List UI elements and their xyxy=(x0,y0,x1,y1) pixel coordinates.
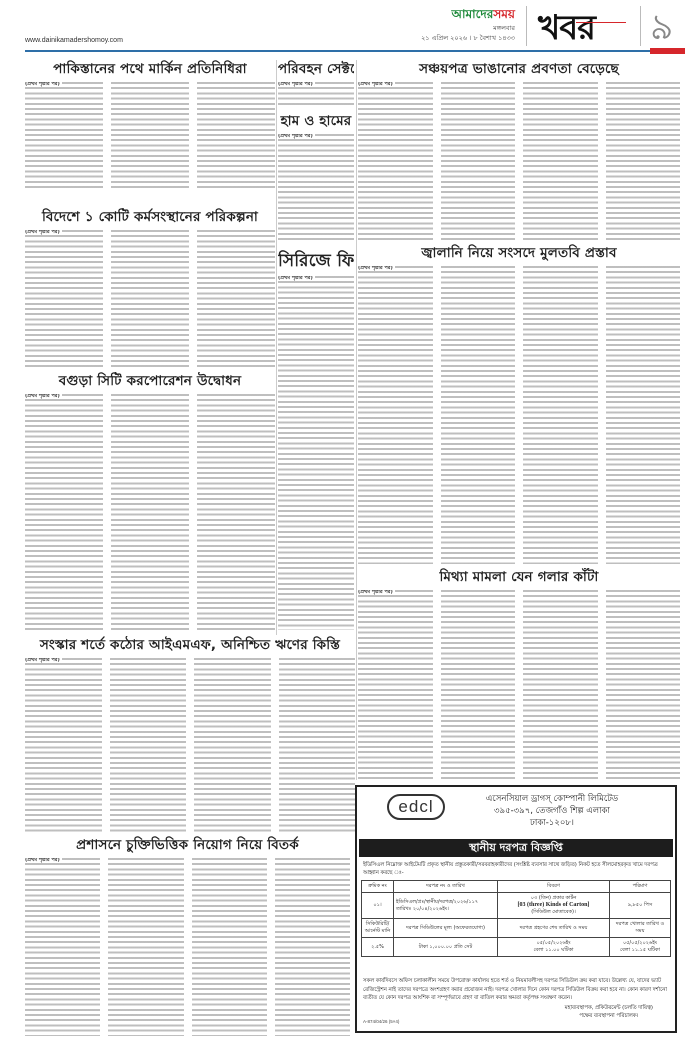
ad-title: স্থানীয় দরপত্র বিজ্ঞপ্তি xyxy=(359,839,673,857)
masthead-rule xyxy=(25,50,685,52)
article-transport[interactable]: পরিবহন সেক্টরে (প্রথম পৃষ্ঠার পর) xyxy=(278,60,354,108)
article-body: (প্রথম পৃষ্ঠার পর) xyxy=(358,590,680,780)
article-body: (প্রথম পৃষ্ঠার পর) xyxy=(25,658,355,832)
text-column: (প্রথম পৃষ্ঠার পর) xyxy=(358,590,433,780)
article-imf[interactable]: সংস্কার শর্তে কঠোর আইএমএফ, অনিশ্চিত ঋণের… xyxy=(25,636,355,832)
text-column xyxy=(197,394,275,630)
article-headline[interactable]: সঞ্চয়পত্র ভাঙানোর প্রবণতা বেড়েছে xyxy=(358,60,680,78)
article-body: (প্রথম পৃষ্ঠার পর) xyxy=(25,230,275,368)
logo-part-1: আমাদের xyxy=(451,7,493,21)
divider xyxy=(640,6,641,46)
text-column xyxy=(111,82,189,188)
text-column xyxy=(197,230,275,368)
article-headline[interactable]: জ্বালানি নিয়ে সংসদে মুলতবি প্রস্তাব xyxy=(358,244,680,262)
table-header-row: ক্রমিক নং দরপত্র নং ও তারিখ বিবরণ পরিমাণ xyxy=(362,881,671,893)
text-column xyxy=(108,858,183,1036)
company-city: ঢাকা-১২০৮। xyxy=(452,817,652,829)
table-row: ২.৫% টাকা ১,০০০.০০ প্রতি সেট ০৫/০৫/২০২৬ই… xyxy=(362,938,671,957)
text-column xyxy=(523,82,598,240)
text-column: (প্রথম পৃষ্ঠার পর) xyxy=(25,230,103,368)
table-header-row: সিকিউরিটি/ আর্নেস্ট মানি দরপত্র সিডিউলের… xyxy=(362,919,671,938)
article-body: (প্রথম পৃষ্ঠার পর) xyxy=(278,276,354,630)
article-body: (প্রথম পৃষ্ঠার পর) xyxy=(25,394,275,630)
section-underline xyxy=(576,22,626,23)
text-column: (প্রথম পৃষ্ঠার পর) xyxy=(25,658,102,832)
ad-terms: সকল কার্যদিবসে অফিস চলাকালীন সময়ে উপরোক… xyxy=(363,977,669,1003)
text-column xyxy=(192,858,267,1036)
article-employment[interactable]: বিদেশে ১ কোটি কর্মসংস্থানের পরিকল্পনা (প… xyxy=(25,208,275,368)
article-body: (প্রথম পৃষ্ঠার পর) xyxy=(358,266,680,564)
text-column xyxy=(441,82,516,240)
text-column xyxy=(194,658,271,832)
text-column xyxy=(441,590,516,780)
edcl-logo: edcl xyxy=(387,794,445,820)
article-headline[interactable]: সিরিজে ফিরল xyxy=(278,250,354,272)
article-body: (প্রথম পৃষ্ঠার পর) xyxy=(25,82,275,188)
company-name: এসেনসিয়াল ড্রাগস্ কোম্পানী লিমিটেড xyxy=(452,793,652,805)
text-column xyxy=(111,394,189,630)
text-column xyxy=(523,590,598,780)
article-headline[interactable]: পরিবহন সেক্টরে xyxy=(278,60,354,78)
article-series[interactable]: সিরিজে ফিরল (প্রথম পৃষ্ঠার পর) xyxy=(278,250,354,630)
text-column xyxy=(523,266,598,564)
text-column xyxy=(606,266,681,564)
article-headline[interactable]: হাম ও হামের xyxy=(278,112,354,130)
text-column: (প্রথম পৃষ্ঠার পর) xyxy=(358,82,433,240)
article-body: (প্রথম পৃষ্ঠার পর) xyxy=(278,134,354,240)
article-sanchayapatra[interactable]: সঞ্চয়পত্র ভাঙানোর প্রবণতা বেড়েছে (প্রথ… xyxy=(358,60,680,240)
text-column: (প্রথম পৃষ্ঠার পর) xyxy=(278,276,354,630)
site-url[interactable]: www.dainikamadershomoy.com xyxy=(25,37,123,44)
article-headline[interactable]: বিদেশে ১ কোটি কর্মসংস্থানের পরিকল্পনা xyxy=(25,208,275,226)
tender-table: ক্রমিক নং দরপত্র নং ও তারিখ বিবরণ পরিমাণ… xyxy=(361,880,671,957)
text-column xyxy=(275,858,350,1036)
article-headline[interactable]: সংস্কার শর্তে কঠোর আইএমএফ, অনিশ্চিত ঋণের… xyxy=(25,636,355,654)
article-headline[interactable]: মিথ্যা মামলা যেন গলার কাঁটা xyxy=(358,568,680,586)
text-column xyxy=(441,266,516,564)
article-false-case[interactable]: মিথ্যা মামলা যেন গলার কাঁটা (প্রথম পৃষ্ঠ… xyxy=(358,568,680,780)
text-column xyxy=(606,590,681,780)
article-headline[interactable]: প্রশাসনে চুক্তিভিত্তিক নিয়োগ নিয়ে বিতর… xyxy=(25,836,350,854)
ad-intro-text: ইডিসিএল নিম্নোক্ত আইটেমটি প্রকৃত স্থানীয… xyxy=(363,861,669,877)
text-column: (প্রথম পৃষ্ঠার পর) xyxy=(25,394,103,630)
company-info: এসেনসিয়াল ড্রাগস্ কোম্পানী লিমিটেড ৩৯৫-… xyxy=(452,793,652,829)
tender-advertisement[interactable]: edcl এসেনসিয়াল ড্রাগস্ কোম্পানী লিমিটেড… xyxy=(355,785,677,1033)
text-column: (প্রথম পৃষ্ঠার পর) xyxy=(25,82,103,188)
company-address: ৩৯৫-৩৯৭, তেজগাঁও শিল্প এলাকা xyxy=(452,805,652,817)
article-pakistan[interactable]: পাকিস্তানের পথে মার্কিন প্রতিনিধিরা (প্র… xyxy=(25,60,275,188)
article-headline[interactable]: পাকিস্তানের পথে মার্কিন প্রতিনিধিরা xyxy=(25,60,275,78)
masthead-accent-bar xyxy=(650,48,685,54)
article-contract[interactable]: প্রশাসনে চুক্তিভিত্তিক নিয়োগ নিয়ে বিতর… xyxy=(25,836,350,1036)
text-column: (প্রথম পৃষ্ঠার পর) xyxy=(358,266,433,564)
table-row: ০১। ইডিসিএল/প্রঃ/স্থানীয়/দরপত্র/২০২৬/১১… xyxy=(362,893,671,919)
article-bogura[interactable]: বগুড়া সিটি করপোরেশন উদ্বোধন (প্রথম পৃষ্… xyxy=(25,372,275,630)
text-column: (প্রথম পৃষ্ঠার পর) xyxy=(278,82,354,108)
column-divider xyxy=(276,60,277,635)
text-column xyxy=(197,82,275,188)
text-column xyxy=(606,82,681,240)
divider xyxy=(526,6,527,46)
date-line: ২১ এপ্রিল ২০২৬ । ৮ বৈশাখ ১৪৩৩ xyxy=(250,33,515,44)
article-fuel[interactable]: জ্বালানি নিয়ে সংসদে মুলতবি প্রস্তাব (প্… xyxy=(358,244,680,564)
text-column xyxy=(279,658,356,832)
ad-code: A-874/04/26 (5×4) xyxy=(363,1019,399,1024)
article-body: (প্রথম পৃষ্ঠার পর) xyxy=(25,858,350,1036)
column-divider xyxy=(356,60,357,780)
text-column xyxy=(111,230,189,368)
ad-signature: মহাব্যবস্থাপক, প্রকিউরমেন্ট (চলতি দায়িত… xyxy=(565,1004,653,1020)
text-column: (প্রথম পৃষ্ঠার পর) xyxy=(278,134,354,240)
masthead: www.dainikamadershomoy.com আমাদেরসময় মঙ… xyxy=(0,0,700,54)
text-column xyxy=(110,658,187,832)
logo-part-2: সময় xyxy=(493,7,515,21)
text-column: (প্রথম পৃষ্ঠার পর) xyxy=(25,858,100,1036)
article-body: (প্রথম পৃষ্ঠার পর) xyxy=(278,82,354,108)
article-body: (প্রথম পৃষ্ঠার পর) xyxy=(358,82,680,240)
article-ham[interactable]: হাম ও হামের (প্রথম পৃষ্ঠার পর) xyxy=(278,112,354,240)
article-headline[interactable]: বগুড়া সিটি করপোরেশন উদ্বোধন xyxy=(25,372,275,390)
